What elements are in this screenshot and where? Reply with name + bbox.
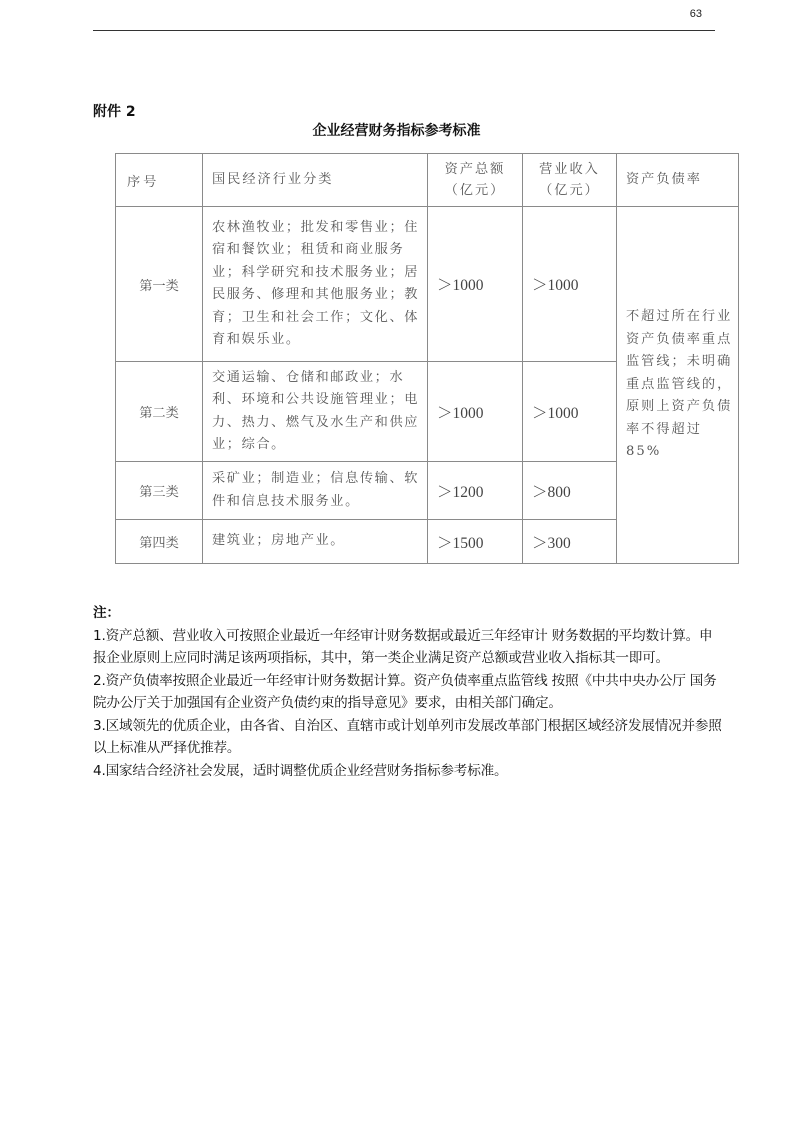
row-revenue: ＞300	[523, 520, 617, 564]
header-revenue-line1: 营业收入	[523, 159, 616, 180]
row-revenue: ＞800	[523, 462, 617, 520]
row-revenue: ＞1000	[523, 362, 617, 462]
row-category: 第一类	[116, 207, 203, 362]
attachment-label: 附件 2	[93, 101, 136, 121]
row-assets: ＞1000	[428, 207, 523, 362]
header-assets-line1: 资产总额	[428, 159, 522, 180]
header-debt-ratio: 资产负债率	[617, 154, 739, 207]
header-revenue-line2: （亿元）	[523, 180, 616, 201]
header-assets-line2: （亿元）	[428, 180, 522, 201]
note-item: 1.资产总额、营业收入可按照企业最近一年经审计财务数据或最近三年经审计 财务数据…	[93, 625, 723, 670]
financial-standards-table: 序号 国民经济行业分类 资产总额 （亿元） 营业收入 （亿元） 资产负债率 第一…	[115, 153, 739, 564]
notes-section: 注： 1.资产总额、营业收入可按照企业最近一年经审计财务数据或最近三年经审计 财…	[93, 602, 723, 782]
note-item: 2.资产负债率按照企业最近一年经审计财务数据计算。资产负债率重点监管线 按照《中…	[93, 670, 723, 715]
debt-ratio-text: 不超过所在行业资产负债率重点监管线；未明确重点监管线的，原则上资产负债率不得超过…	[626, 309, 732, 459]
page-number: 63	[690, 8, 702, 20]
document-title: 企业经营财务指标参考标准	[0, 120, 793, 140]
row-category: 第四类	[116, 520, 203, 564]
row-category: 第三类	[116, 462, 203, 520]
table-row: 第一类 农林渔牧业；批发和零售业；住宿和餐饮业；租赁和商业服务业；科学研究和技术…	[116, 207, 739, 362]
header-total-assets: 资产总额 （亿元）	[428, 154, 523, 207]
row-industries: 采矿业；制造业；信息传输、软件和信息技术服务业。	[203, 462, 428, 520]
row-industries: 农林渔牧业；批发和零售业；住宿和餐饮业；租赁和商业服务业；科学研究和技术服务业；…	[203, 207, 428, 362]
row-revenue: ＞1000	[523, 207, 617, 362]
header-industry: 国民经济行业分类	[203, 154, 428, 207]
header-divider	[93, 30, 715, 31]
row-assets: ＞1200	[428, 462, 523, 520]
header-no: 序号	[116, 154, 203, 207]
debt-ratio-cell: 不超过所在行业资产负债率重点监管线；未明确重点监管线的，原则上资产负债率不得超过…	[617, 207, 739, 564]
notes-title: 注：	[93, 602, 723, 625]
row-assets: ＞1500	[428, 520, 523, 564]
row-industries: 建筑业；房地产业。	[203, 520, 428, 564]
header-revenue: 营业收入 （亿元）	[523, 154, 617, 207]
note-item: 4.国家结合经济社会发展，适时调整优质企业经营财务指标参考标准。	[93, 760, 723, 783]
note-item: 3.区域领先的优质企业，由各省、自治区、直辖市或计划单列市发展改革部门根据区域经…	[93, 715, 723, 760]
table-header-row: 序号 国民经济行业分类 资产总额 （亿元） 营业收入 （亿元） 资产负债率	[116, 154, 739, 207]
row-assets: ＞1000	[428, 362, 523, 462]
row-category: 第二类	[116, 362, 203, 462]
row-industries: 交通运输、仓储和邮政业；水利、环境和公共设施管理业；电力、热力、燃气及水生产和供…	[203, 362, 428, 462]
